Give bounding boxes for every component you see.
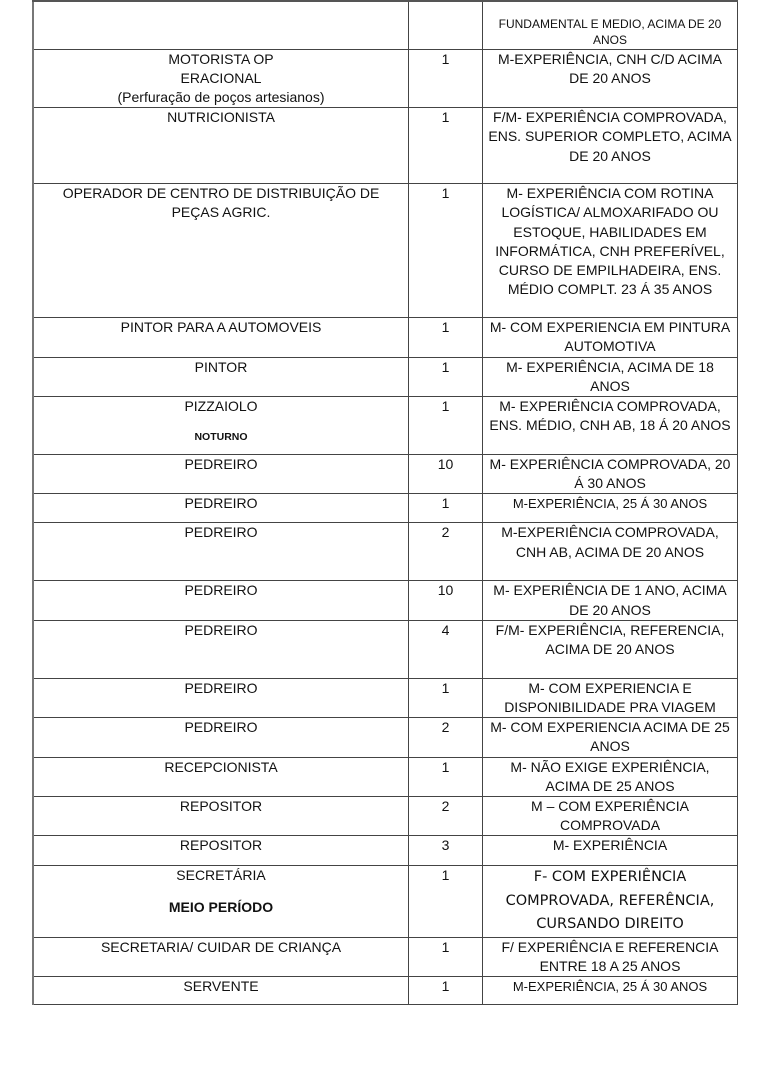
quantity-cell: 10 (409, 581, 483, 620)
table-row: NUTRICIONISTA1F/M- EXPERIÊNCIA COMPROVAD… (33, 108, 738, 184)
role-cell: PEDREIRO (33, 494, 409, 523)
table-row: PEDREIRO4F/M- EXPERIÊNCIA, REFERENCIA, A… (33, 620, 738, 678)
role-text: PINTOR PARA A AUTOMOVEIS (38, 318, 404, 337)
role-text: PEDREIRO (38, 621, 404, 640)
role-cell: PEDREIRO (33, 523, 409, 581)
quantity-cell: 1 (409, 757, 483, 796)
requirements-cell: M- EXPERIÊNCIA COMPROVADA, 20 Á 30 ANOS (483, 454, 738, 493)
role-cell: SERVENTE (33, 977, 409, 1005)
table-row: REPOSITOR2M – COM EXPERIÊNCIA COMPROVADA (33, 796, 738, 835)
role-text: SECRETARIA/ CUIDAR DE CRIANÇA (38, 938, 404, 957)
table-row: PEDREIRO10M- EXPERIÊNCIA COMPROVADA, 20 … (33, 454, 738, 493)
role-text: PEDREIRO (38, 455, 404, 474)
role-cell: PINTOR PARA A AUTOMOVEIS (33, 318, 409, 357)
role-text: PINTOR (38, 358, 404, 377)
role-text: REPOSITOR (38, 836, 404, 855)
table-row: RECEPCIONISTA1M- NÃO EXIGE EXPERIÊNCIA, … (33, 757, 738, 796)
requirements-cell: M- EXPERIÊNCIA COMPROVADA, ENS. MÉDIO, C… (483, 396, 738, 454)
quantity-cell: 3 (409, 836, 483, 866)
job-vacancies-table: FUNDAMENTAL E MEDIO, ACIMA DE 20 ANOS MO… (32, 0, 738, 1005)
role-cell (33, 1, 409, 49)
shift-tag: MEIO PERÍODO (38, 898, 404, 917)
requirements-cell: M- COM EXPERIENCIA EM PINTURA AUTOMOTIVA (483, 318, 738, 357)
role-text: PEDREIRO (38, 494, 404, 513)
quantity-cell: 1 (409, 494, 483, 523)
quantity-cell (409, 1, 483, 49)
table-row: PINTOR PARA A AUTOMOVEIS1M- COM EXPERIEN… (33, 318, 738, 357)
role-text: OPERADOR DE CENTRO DE DISTRIBUIÇÃO DE PE… (38, 184, 404, 222)
role-text: PEDREIRO (38, 523, 404, 542)
quantity-cell: 1 (409, 396, 483, 454)
role-text: REPOSITOR (38, 797, 404, 816)
role-cell: REPOSITOR (33, 796, 409, 835)
role-cell: SECRETÁRIAMEIO PERÍODO (33, 866, 409, 938)
table-row: OPERADOR DE CENTRO DE DISTRIBUIÇÃO DE PE… (33, 184, 738, 318)
requirements-cell: M- EXPERIÊNCIA DE 1 ANO, ACIMA DE 20 ANO… (483, 581, 738, 620)
role-text: ERACIONAL (38, 69, 404, 88)
role-cell: PEDREIRO (33, 454, 409, 493)
quantity-cell: 2 (409, 523, 483, 581)
role-text: MOTORISTA OP (38, 50, 404, 69)
requirements-cell: F/M- EXPERIÊNCIA, REFERENCIA, ACIMA DE 2… (483, 620, 738, 678)
quantity-cell: 4 (409, 620, 483, 678)
quantity-cell: 1 (409, 678, 483, 717)
table-row: PEDREIRO10M- EXPERIÊNCIA DE 1 ANO, ACIMA… (33, 581, 738, 620)
requirements-cell: F/ EXPERIÊNCIA E REFERENCIA ENTRE 18 A 2… (483, 937, 738, 976)
table-row: PEDREIRO1M-EXPERIÊNCIA, 25 Á 30 ANOS (33, 494, 738, 523)
requirements-cell: M-EXPERIÊNCIA COMPROVADA, CNH AB, ACIMA … (483, 523, 738, 581)
requirements-cell: M- EXPERIÊNCIA (483, 836, 738, 866)
quantity-cell: 2 (409, 796, 483, 835)
table-row: REPOSITOR3M- EXPERIÊNCIA (33, 836, 738, 866)
role-text: (Perfuração de poços artesianos) (38, 88, 404, 107)
shift-tag: NOTURNO (38, 428, 404, 447)
table-row: PEDREIRO2M- COM EXPERIENCIA ACIMA DE 25 … (33, 718, 738, 757)
quantity-cell: 1 (409, 937, 483, 976)
role-text: SERVENTE (38, 977, 404, 996)
role-cell: PIZZAIOLONOTURNO (33, 396, 409, 454)
table-row: SERVENTE1M-EXPERIÊNCIA, 25 Á 30 ANOS (33, 977, 738, 1005)
role-cell: OPERADOR DE CENTRO DE DISTRIBUIÇÃO DE PE… (33, 184, 409, 318)
role-cell: NUTRICIONISTA (33, 108, 409, 184)
quantity-cell: 1 (409, 977, 483, 1005)
quantity-cell: 2 (409, 718, 483, 757)
quantity-cell: 1 (409, 108, 483, 184)
table-row: SECRETÁRIAMEIO PERÍODO1F- COM EXPERIÊNCI… (33, 866, 738, 938)
role-text: PEDREIRO (38, 718, 404, 737)
role-text: PEDREIRO (38, 581, 404, 600)
role-cell: SECRETARIA/ CUIDAR DE CRIANÇA (33, 937, 409, 976)
role-text: NUTRICIONISTA (38, 108, 404, 127)
quantity-cell: 1 (409, 184, 483, 318)
job-vacancies-table-page: FUNDAMENTAL E MEDIO, ACIMA DE 20 ANOS MO… (32, 0, 735, 1005)
table-row: PINTOR1M- EXPERIÊNCIA, ACIMA DE 18 ANOS (33, 357, 738, 396)
requirements-cell: F- COM EXPERIÊNCIA COMPROVADA, REFERÊNCI… (483, 866, 738, 938)
requirements-cell: F/M- EXPERIÊNCIA COMPROVADA, ENS. SUPERI… (483, 108, 738, 184)
role-cell: PEDREIRO (33, 718, 409, 757)
table-row: SECRETARIA/ CUIDAR DE CRIANÇA1F/ EXPERIÊ… (33, 937, 738, 976)
role-text: PEDREIRO (38, 679, 404, 698)
table-row: PEDREIRO1M- COM EXPERIENCIA E DISPONIBIL… (33, 678, 738, 717)
role-text: RECEPCIONISTA (38, 758, 404, 777)
role-text: PIZZAIOLO (38, 397, 404, 416)
table-row-continued: FUNDAMENTAL E MEDIO, ACIMA DE 20 ANOS (33, 1, 738, 49)
table-row: PIZZAIOLONOTURNO1M- EXPERIÊNCIA COMPROVA… (33, 396, 738, 454)
requirements-cell: FUNDAMENTAL E MEDIO, ACIMA DE 20 ANOS (483, 1, 738, 49)
requirements-cell: M-EXPERIÊNCIA, 25 Á 30 ANOS (483, 977, 738, 1005)
quantity-cell: 1 (409, 49, 483, 108)
requirements-cell: M- COM EXPERIENCIA E DISPONIBILIDADE PRA… (483, 678, 738, 717)
role-cell: PEDREIRO (33, 620, 409, 678)
requirements-cell: M-EXPERIÊNCIA, 25 Á 30 ANOS (483, 494, 738, 523)
role-cell: PEDREIRO (33, 678, 409, 717)
table-row: PEDREIRO2M-EXPERIÊNCIA COMPROVADA, CNH A… (33, 523, 738, 581)
role-cell: RECEPCIONISTA (33, 757, 409, 796)
role-cell: REPOSITOR (33, 836, 409, 866)
requirements-cell: M- EXPERIÊNCIA, ACIMA DE 18 ANOS (483, 357, 738, 396)
role-cell: MOTORISTA OPERACIONAL(Perfuração de poço… (33, 49, 409, 108)
role-cell: PEDREIRO (33, 581, 409, 620)
quantity-cell: 1 (409, 357, 483, 396)
quantity-cell: 10 (409, 454, 483, 493)
role-cell: PINTOR (33, 357, 409, 396)
table-row: MOTORISTA OPERACIONAL(Perfuração de poço… (33, 49, 738, 108)
requirements-cell: M- NÃO EXIGE EXPERIÊNCIA, ACIMA DE 25 AN… (483, 757, 738, 796)
requirements-cell: M – COM EXPERIÊNCIA COMPROVADA (483, 796, 738, 835)
requirements-cell: M-EXPERIÊNCIA, CNH C/D ACIMA DE 20 ANOS (483, 49, 738, 108)
quantity-cell: 1 (409, 866, 483, 938)
quantity-cell: 1 (409, 318, 483, 357)
requirements-cell: M- COM EXPERIENCIA ACIMA DE 25 ANOS (483, 718, 738, 757)
role-text: SECRETÁRIA (38, 866, 404, 885)
requirements-cell: M- EXPERIÊNCIA COM ROTINA LOGÍSTICA/ ALM… (483, 184, 738, 318)
